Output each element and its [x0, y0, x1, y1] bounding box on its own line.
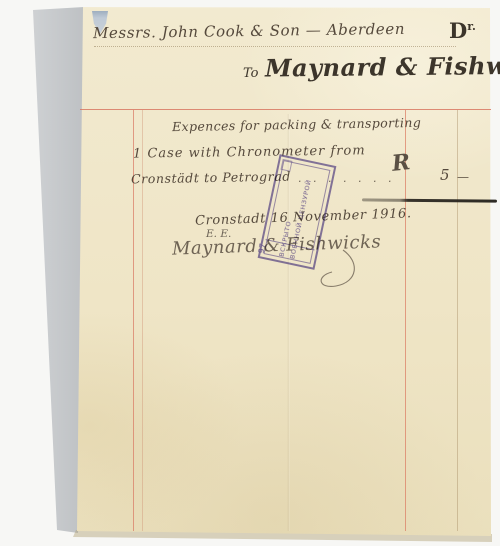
- currency-symbol: R: [391, 149, 412, 177]
- debit-abbreviation: Dr.: [449, 18, 476, 43]
- letterhead-firm-name: Maynard & Fishwicks: [265, 50, 500, 82]
- amount-value: 5: [440, 166, 450, 184]
- expense-line-3: Cronstädt to Petrograd: [131, 169, 291, 187]
- debit-letter: D: [449, 18, 467, 43]
- letterhead-to-label: To: [243, 66, 259, 81]
- amount-cents-dash: —: [457, 170, 468, 184]
- addressee-dotted-underline: [94, 32, 456, 47]
- stamp-number: 97: [257, 243, 268, 255]
- debit-superscript: r.: [467, 20, 476, 33]
- scanned-invoice: Messrs. John Cook & Son — Aberdeen Dr. T…: [0, 0, 500, 546]
